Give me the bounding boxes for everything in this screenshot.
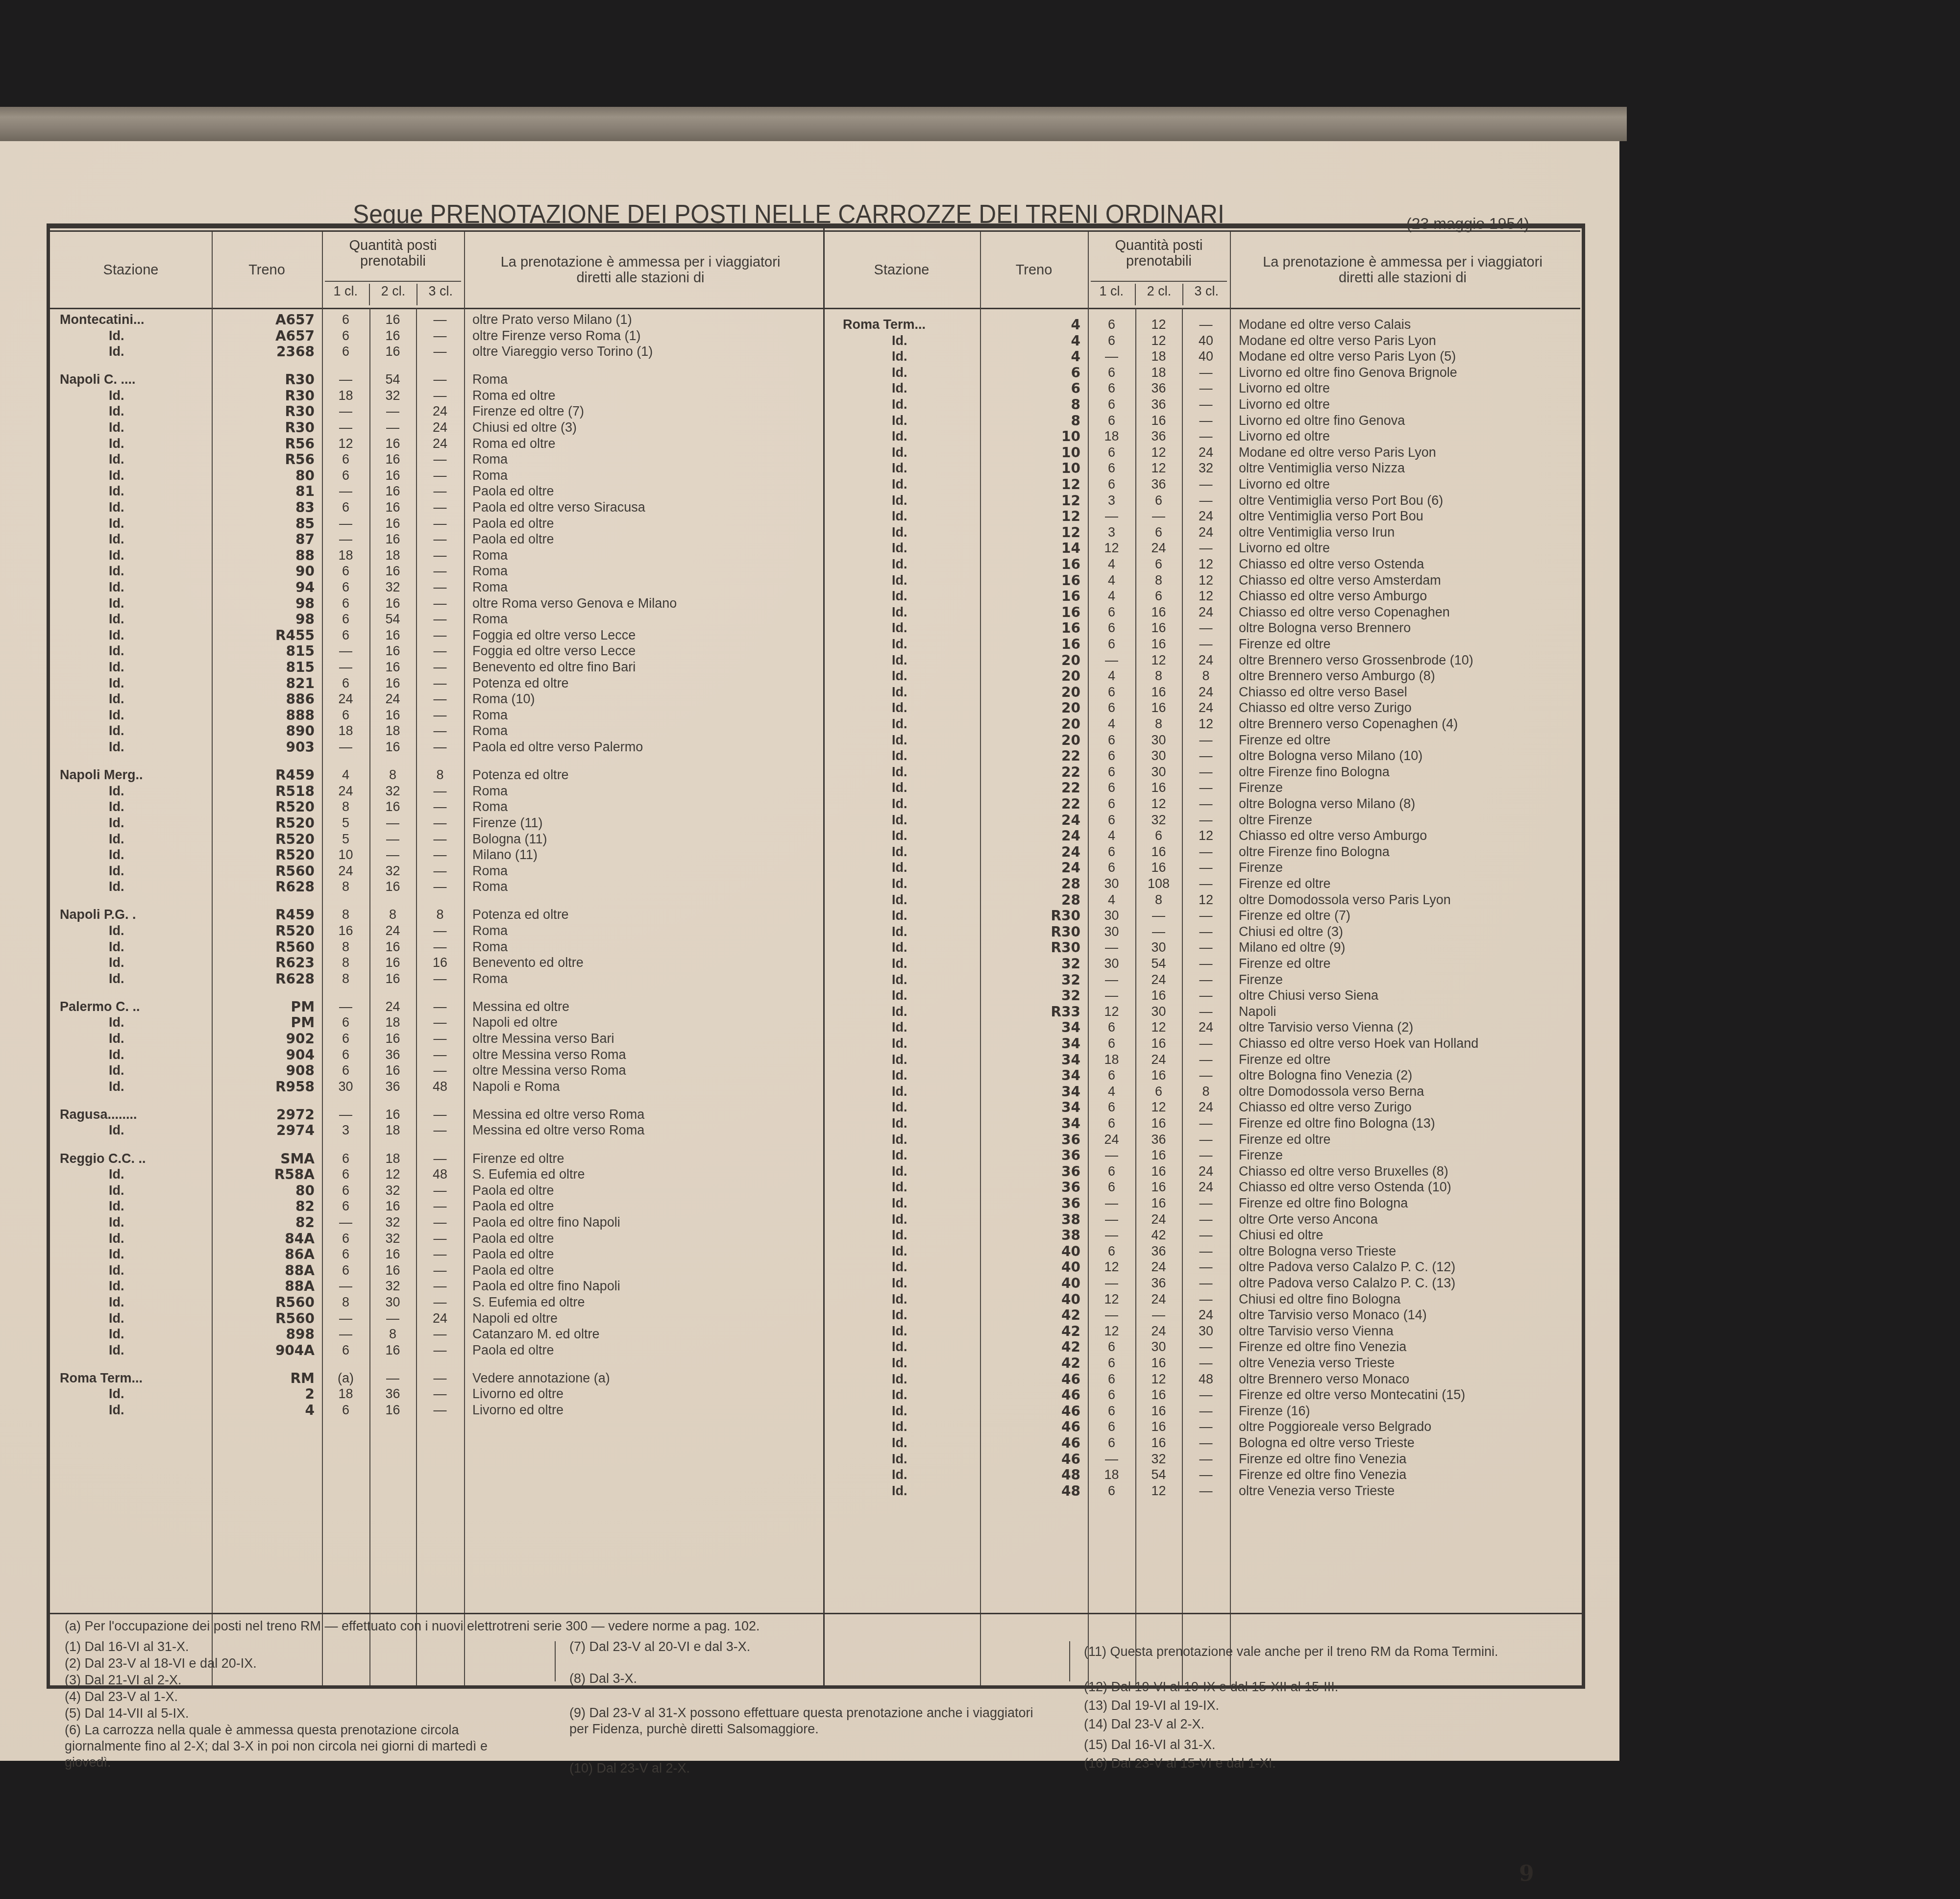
destination-cell: oltre Ventimiglia verso Port Bou (6) (1239, 493, 1443, 509)
train-cell: 16 (985, 620, 1080, 636)
cl3-cell: 24 (1182, 1179, 1230, 1195)
cl2-cell: 16 (369, 436, 416, 452)
cl3-cell: — (1182, 764, 1230, 780)
table-row: Id.22630—oltre Firenze fino Bologna (823, 764, 1580, 780)
cl2-cell: 12 (1135, 1099, 1182, 1115)
cl3-cell: 24 (1182, 1163, 1230, 1180)
cl2-cell: 16 (369, 1402, 416, 1418)
right-table-body: Roma Term...4612—Modane ed oltre verso C… (823, 308, 1580, 1685)
cl3-cell: — (416, 1326, 464, 1342)
cl2-cell: 16 (369, 468, 416, 484)
cl2-cell: 16 (369, 1198, 416, 1214)
cl2-cell: 16 (369, 1062, 416, 1079)
station-cell: Id. (892, 1052, 907, 1068)
station-cell: Id. (109, 611, 124, 627)
cl3-cell: 24 (1182, 1099, 1230, 1115)
destination-cell: Benevento ed oltre fino Bari (472, 659, 636, 675)
cl3-cell: — (416, 1294, 464, 1310)
station-cell: Id. (892, 1179, 907, 1195)
destination-cell: Paola ed oltre (472, 1198, 554, 1214)
station-cell: Id. (892, 1115, 907, 1132)
header-destinazione: La prenotazione è ammessa per i viaggiat… (1230, 232, 1575, 308)
header-1cl: 1 cl. (1088, 284, 1136, 305)
cl2-cell: 16 (369, 971, 416, 987)
cl1-cell: 18 (1088, 428, 1135, 444)
table-row: Id.24632—oltre Firenze (823, 812, 1580, 828)
cl3-cell: — (416, 1014, 464, 1031)
cl3-cell: 40 (1182, 348, 1230, 365)
cl2-cell: 12 (1135, 1371, 1182, 1387)
cl1-cell: — (1088, 972, 1135, 988)
destination-cell: Chiasso ed oltre verso Amsterdam (1239, 572, 1441, 589)
cl1-cell: 6 (322, 1031, 369, 1047)
station-cell: Id. (109, 531, 124, 547)
cl2-cell: 24 (1135, 1052, 1182, 1068)
table-row: Id.R3030——Firenze ed oltre (7) (823, 908, 1580, 924)
cl3-cell: — (1182, 1435, 1230, 1451)
table-row: Id.12——24oltre Ventimiglia verso Port Bo… (823, 508, 1580, 524)
station-cell: Id. (892, 1451, 907, 1467)
station-cell: Ragusa........ (60, 1107, 137, 1123)
table-row: Id.401224—Chiusi ed oltre fino Bologna (823, 1291, 1580, 1307)
cl2-cell: 16 (369, 499, 416, 516)
cl3-cell: 24 (1182, 604, 1230, 620)
table-row: Id.123624oltre Ventimiglia verso Irun (823, 524, 1580, 541)
destination-cell: Modane ed oltre verso Calais (1239, 317, 1411, 333)
cl2-cell: 12 (1135, 444, 1182, 461)
cl3-cell: — (416, 1231, 464, 1247)
cl3-cell: 48 (1182, 1371, 1230, 1387)
destination-cell: Chiasso ed oltre verso Ostenda (1239, 556, 1424, 572)
destination-cell: Catanzaro M. ed oltre (472, 1326, 600, 1342)
table-row: Palermo C. ..PM—24—Messina ed oltre (50, 999, 823, 1015)
cl3-cell: — (416, 579, 464, 595)
destination-cell: Paola ed oltre fino Napoli (472, 1278, 620, 1294)
table-row: Id.88A—32—Paola ed oltre fino Napoli (50, 1278, 823, 1294)
station-cell: Id. (109, 1402, 124, 1418)
station-cell: Id. (109, 595, 124, 612)
cl2-cell: 36 (1135, 428, 1182, 444)
station-cell: Id. (892, 396, 907, 413)
cl1-cell: 6 (1088, 476, 1135, 493)
cl1-cell: 30 (1088, 908, 1135, 924)
cl1-cell: — (1088, 652, 1135, 668)
train-cell: 908 (217, 1062, 315, 1079)
cl1-cell: 24 (322, 863, 369, 879)
cl1-cell: 6 (1088, 780, 1135, 796)
cl1-cell: 30 (1088, 924, 1135, 940)
cl3-cell: — (416, 707, 464, 723)
destination-cell: Firenze ed oltre (7) (472, 403, 584, 419)
cl2-cell: 16 (369, 643, 416, 659)
cl3-cell: — (416, 388, 464, 404)
cl1-cell: 6 (322, 611, 369, 627)
cl2-cell: 16 (369, 483, 416, 499)
destination-cell: Potenza ed oltre (472, 675, 569, 691)
train-cell: 34 (985, 1052, 1080, 1068)
destination-cell: Paola ed oltre (472, 516, 554, 532)
cl3-cell: — (1182, 1211, 1230, 1228)
station-cell: Id. (109, 815, 124, 831)
cl3-cell: — (1182, 780, 1230, 796)
cl1-cell: — (1088, 939, 1135, 956)
cl3-cell: 12 (1182, 572, 1230, 589)
cl1-cell: 6 (1088, 317, 1135, 333)
cl2-cell: 36 (1135, 1243, 1182, 1259)
train-cell: 904A (217, 1342, 315, 1358)
station-cell: Id. (892, 493, 907, 509)
footnote-14: (14) Dal 23-V al 2-X. (1084, 1716, 1204, 1732)
train-cell: 85 (217, 516, 315, 532)
cl1-cell: 8 (322, 907, 369, 923)
cl3-cell: — (1182, 1052, 1230, 1068)
station-cell: Id. (892, 684, 907, 700)
footnote-4: (4) Dal 23-V al 1-X. (65, 1689, 178, 1705)
cl3-cell: 12 (1182, 828, 1230, 844)
destination-cell: Chiasso ed oltre verso Hoek van Holland (1239, 1036, 1478, 1052)
destination-cell: Firenze ed oltre fino Venezia (1239, 1451, 1406, 1467)
cl1-cell: 5 (322, 815, 369, 831)
cl1-cell: 4 (1088, 588, 1135, 604)
station-cell: Id. (892, 780, 907, 796)
cl3-cell: — (416, 1262, 464, 1279)
cl1-cell: 6 (1088, 460, 1135, 476)
table-row: Id.2974318—Messina ed oltre verso Roma (50, 1122, 823, 1138)
cl2-cell: 6 (1135, 556, 1182, 572)
cl1-cell: 24 (1088, 1132, 1135, 1148)
cl2-cell: 16 (1135, 636, 1182, 652)
destination-cell: Firenze (1239, 780, 1283, 796)
cl1-cell: 18 (1088, 1052, 1135, 1068)
cl3-cell: — (416, 1122, 464, 1138)
table-row: Id.R3030——Chiusi ed oltre (3) (823, 924, 1580, 940)
destination-cell: Livorno ed oltre (1239, 540, 1330, 556)
cl2-cell: 24 (1135, 540, 1182, 556)
cl1-cell: — (322, 1326, 369, 1342)
train-cell: R30 (217, 403, 315, 419)
destination-cell: oltre Bologna verso Milano (10) (1239, 748, 1422, 764)
station-cell: Id. (109, 923, 124, 939)
station-cell: Id. (109, 659, 124, 675)
destination-cell: Chiasso ed oltre verso Amburgo (1239, 828, 1427, 844)
cl3-cell: — (1182, 317, 1230, 333)
train-cell: 94 (217, 579, 315, 595)
cl2-cell: 108 (1135, 876, 1182, 892)
destination-cell: oltre Firenze fino Bologna (1239, 844, 1390, 860)
station-cell: Id. (109, 1031, 124, 1047)
station-cell: Id. (109, 579, 124, 595)
station-cell: Id. (109, 739, 124, 755)
table-row: Id.2061624Chiasso ed oltre verso Zurigo (823, 700, 1580, 716)
cl2-cell: 16 (1135, 684, 1182, 700)
cl1-cell: 6 (1088, 1371, 1135, 1387)
station-cell: Id. (109, 1278, 124, 1294)
header-quantita: Quantità posti prenotabili 1 cl. 2 cl. 3… (1088, 232, 1231, 308)
destination-cell: Firenze ed oltre fino Venezia (1239, 1339, 1406, 1355)
footnote-9: (9) Dal 23-V al 31-X possono effettuare … (569, 1705, 1045, 1737)
cl3-cell: — (416, 831, 464, 847)
cl2-cell: 16 (1135, 1179, 1182, 1195)
station-cell: Id. (892, 732, 907, 748)
destination-cell: Modane ed oltre verso Paris Lyon (5) (1239, 348, 1456, 365)
station-cell: Id. (109, 1079, 124, 1095)
cl3-cell: 24 (1182, 1019, 1230, 1036)
cl1-cell: 6 (1088, 333, 1135, 349)
table-row: Id.87—16—Paola ed oltre (50, 531, 823, 547)
destination-cell: oltre Messina verso Roma (472, 1047, 626, 1063)
train-cell: R520 (217, 847, 315, 863)
train-cell: 84A (217, 1231, 315, 1247)
cl2-cell: 18 (1135, 348, 1182, 365)
cl3-cell: — (416, 1370, 464, 1386)
destination-cell: Benevento ed oltre (472, 955, 584, 971)
cl1-cell: — (322, 403, 369, 419)
cl2-cell: 16 (369, 939, 416, 955)
cl1-cell: — (322, 516, 369, 532)
train-cell: 34 (985, 1036, 1080, 1052)
cl1-cell: 4 (1088, 828, 1135, 844)
cl2-cell: 54 (369, 371, 416, 388)
table-row: Id.284812oltre Domodossola verso Paris L… (823, 892, 1580, 908)
cl2-cell: 16 (369, 1246, 416, 1262)
table-row: Id.R560830—S. Eufemia ed oltre (50, 1294, 823, 1310)
cl2-cell: — (1135, 1307, 1182, 1323)
cl3-cell: 12 (1182, 892, 1230, 908)
cl2-cell: — (369, 1310, 416, 1327)
destination-cell: Roma ed oltre (472, 388, 556, 404)
destination-cell: Chiusi ed oltre (3) (472, 419, 577, 436)
train-cell: 888 (217, 707, 315, 723)
cl2-cell: 16 (369, 328, 416, 344)
table-row: Id.32—16—oltre Chiusi verso Siena (823, 987, 1580, 1004)
destination-cell: Firenze ed oltre (1239, 636, 1331, 652)
train-cell: 81 (217, 483, 315, 499)
cl3-cell: 24 (1182, 444, 1230, 461)
train-cell: 34 (985, 1099, 1080, 1115)
cl3-cell: 8 (1182, 1084, 1230, 1100)
notes-divider (555, 1641, 556, 1681)
cl3-cell: — (416, 312, 464, 328)
cl3-cell: — (416, 1198, 464, 1214)
cl2-cell: 12 (1135, 317, 1182, 333)
cl2-cell: 16 (1135, 1435, 1182, 1451)
train-cell: 28 (985, 892, 1080, 908)
destination-cell: Roma (472, 451, 508, 468)
table-row: Id.R5205——Firenze (11) (50, 815, 823, 831)
cl3-cell: — (416, 1183, 464, 1199)
cl1-cell: 6 (1088, 444, 1135, 461)
cl3-cell: — (416, 923, 464, 939)
train-cell: 8 (985, 413, 1080, 429)
cl1-cell: 30 (322, 1079, 369, 1095)
cl1-cell: 6 (322, 675, 369, 691)
destination-cell: Messina ed oltre (472, 999, 569, 1015)
cl3-cell: — (416, 1342, 464, 1358)
cl2-cell: 16 (1135, 1147, 1182, 1163)
cl2-cell: 30 (1135, 939, 1182, 956)
cl1-cell: 6 (1088, 812, 1135, 828)
footnote-16: (16) Dal 23-V al 15-VI e dal 1-XI. (1084, 1755, 1276, 1772)
station-cell: Id. (892, 1036, 907, 1052)
table-row: Id.R560816—Roma (50, 939, 823, 955)
train-cell: 42 (985, 1323, 1080, 1339)
cl3-cell: — (416, 1402, 464, 1418)
cl1-cell: — (322, 739, 369, 755)
class-headers: 1 cl. 2 cl. 3 cl. (322, 284, 464, 305)
cl1-cell: 6 (1088, 396, 1135, 413)
destination-cell: Messina ed oltre verso Roma (472, 1107, 644, 1123)
table-row: Id.204812oltre Brennero verso Copenaghen… (823, 716, 1580, 732)
train-cell: 36 (985, 1195, 1080, 1211)
train-cell: 46 (985, 1435, 1080, 1451)
table-row: Id.80616—Roma (50, 468, 823, 484)
cl2-cell: — (369, 1370, 416, 1386)
cl2-cell: 30 (1135, 1004, 1182, 1020)
cl1-cell: 8 (322, 879, 369, 895)
cl3-cell: — (1182, 812, 1230, 828)
station-cell: Id. (892, 1323, 907, 1339)
station-cell: Id. (892, 1467, 907, 1483)
train-cell: 34 (985, 1084, 1080, 1100)
cl1-cell: 5 (322, 831, 369, 847)
cl3-cell: 24 (416, 403, 464, 419)
station-cell: Id. (892, 748, 907, 764)
table-row: Id.401224—oltre Padova verso Calalzo P. … (823, 1259, 1580, 1275)
cl3-cell: — (1182, 1451, 1230, 1467)
table-row: Id.R560——24Napoli ed oltre (50, 1310, 823, 1327)
cl2-cell: 16 (369, 516, 416, 532)
footnote-5: (5) Dal 14-VII al 5-IX. (65, 1705, 189, 1722)
table-row: Id.362436—Firenze ed oltre (823, 1132, 1580, 1148)
station-cell: Id. (109, 344, 124, 360)
destination-cell: oltre Tarvisio verso Vienna (1239, 1323, 1394, 1339)
cl1-cell: 6 (322, 1402, 369, 1418)
cl1-cell: 6 (1088, 684, 1135, 700)
train-cell: 88A (217, 1278, 315, 1294)
destination-cell: Roma (472, 879, 508, 895)
train-cell: 902 (217, 1031, 315, 1047)
table-row: Roma Term...4612—Modane ed oltre verso C… (823, 317, 1580, 333)
station-cell: Id. (892, 876, 907, 892)
cl1-cell: — (1088, 348, 1135, 365)
train-cell: R518 (217, 783, 315, 799)
cl1-cell: 12 (1088, 1004, 1135, 1020)
footnote-15: (15) Dal 16-VI al 31-X. (1084, 1737, 1216, 1753)
destination-cell: oltre Prato verso Milano (1) (472, 312, 632, 328)
destination-cell: Paola ed oltre (472, 1342, 554, 1358)
cl1-cell: 3 (1088, 493, 1135, 509)
table-row: Id.20—1224oltre Brennero verso Grossenbr… (823, 652, 1580, 668)
destination-cell: Bologna ed oltre verso Trieste (1239, 1435, 1415, 1451)
cl2-cell: 16 (369, 344, 416, 360)
cl1-cell: 6 (322, 1262, 369, 1279)
cl3-cell: — (416, 1062, 464, 1079)
train-cell: 38 (985, 1211, 1080, 1228)
destination-cell: oltre Brennero verso Amburgo (8) (1239, 668, 1435, 684)
train-cell: 22 (985, 780, 1080, 796)
train-cell: 28 (985, 876, 1080, 892)
destination-cell: Paola ed oltre (472, 1246, 554, 1262)
cl2-cell: 6 (1135, 493, 1182, 509)
destination-cell: Firenze ed oltre (7) (1239, 908, 1350, 924)
cl2-cell: 6 (1135, 1084, 1182, 1100)
table-row: Id.90616—Roma (50, 563, 823, 579)
cl2-cell: 32 (369, 1278, 416, 1294)
cl3-cell: — (1182, 1387, 1230, 1403)
cl3-cell: — (1182, 1355, 1230, 1371)
table-row: Id.46616—Bologna ed oltre verso Trieste (823, 1435, 1580, 1451)
destination-cell: Potenza ed oltre (472, 907, 569, 923)
train-cell: 98 (217, 611, 315, 627)
table-row: Id.244612Chiasso ed oltre verso Amburgo (823, 828, 1580, 844)
cl2-cell: 16 (369, 1262, 416, 1279)
table-row: Id.164812Chiasso ed oltre verso Amsterda… (823, 572, 1580, 589)
table-row: Id.36—16—Firenze ed oltre fino Bologna (823, 1195, 1580, 1211)
footnote-12: (12) Dal 19-VI al 19-IX e dal 15-XII al … (1084, 1679, 1338, 1695)
station-cell: Id. (109, 879, 124, 895)
footnote-6: (6) La carrozza nella quale è ammessa qu… (65, 1722, 535, 1771)
station-cell: Id. (892, 476, 907, 493)
station-cell: Id. (109, 1246, 124, 1262)
cl3-cell: 12 (1182, 588, 1230, 604)
class-headers: 1 cl. 2 cl. 3 cl. (1088, 284, 1230, 305)
cl2-cell: 18 (369, 1151, 416, 1167)
destination-cell: oltre Viareggio verso Torino (1) (472, 344, 653, 360)
station-cell: Id. (109, 1014, 124, 1031)
table-row: Napoli Merg..R459488Potenza ed oltre (50, 767, 823, 783)
cl2-cell: 12 (1135, 1483, 1182, 1499)
cl3-cell: — (416, 863, 464, 879)
cl3-cell: 24 (416, 436, 464, 452)
train-cell: 82 (217, 1198, 315, 1214)
station-cell: Id. (892, 428, 907, 444)
cl3-cell: — (1182, 365, 1230, 381)
left-table: Stazione Treno Quantità posti prenotabil… (50, 228, 825, 1685)
cl2-cell: 8 (369, 767, 416, 783)
cl2-cell: 16 (1135, 860, 1182, 876)
cl2-cell: 54 (1135, 956, 1182, 972)
table-row: Id.46616—Firenze (16) (823, 1403, 1580, 1419)
destination-cell: Chiusi ed oltre fino Bologna (1239, 1291, 1400, 1307)
destination-cell: Paola ed oltre (472, 1262, 554, 1279)
cl1-cell: — (322, 659, 369, 675)
cl1-cell: 6 (1088, 1355, 1135, 1371)
header-3cl: 3 cl. (1183, 284, 1230, 305)
station-cell: Id. (109, 419, 124, 436)
table-row: Id.1236—oltre Ventimiglia verso Port Bou… (823, 493, 1580, 509)
cl2-cell: 18 (369, 1122, 416, 1138)
cl1-cell: 18 (322, 388, 369, 404)
cl3-cell: — (416, 1047, 464, 1063)
cl3-cell: 12 (1182, 556, 1230, 572)
destination-cell: Foggia ed oltre verso Lecce (472, 627, 636, 643)
cl3-cell: — (1182, 1115, 1230, 1132)
footnotes: (a) Per l'occupazione dei posti nel tren… (50, 1613, 1582, 1685)
train-cell: 86A (217, 1246, 315, 1262)
table-row: Id.3661624Chiasso ed oltre verso Bruxell… (823, 1163, 1580, 1180)
table-row: Id.R455616—Foggia ed oltre verso Lecce (50, 627, 823, 643)
cl3-cell: — (416, 483, 464, 499)
destination-cell: Roma (472, 723, 508, 739)
table-row: Id.98654—Roma (50, 611, 823, 627)
destination-cell: Napoli (1239, 1004, 1276, 1020)
destination-cell: Napoli ed oltre (472, 1014, 558, 1031)
cl2-cell: 16 (1135, 1067, 1182, 1084)
cl1-cell: 6 (322, 1231, 369, 1247)
cl2-cell: 24 (369, 999, 416, 1015)
table-row: Id.8636—Livorno ed oltre (823, 396, 1580, 413)
station-cell: Id. (892, 1132, 907, 1148)
